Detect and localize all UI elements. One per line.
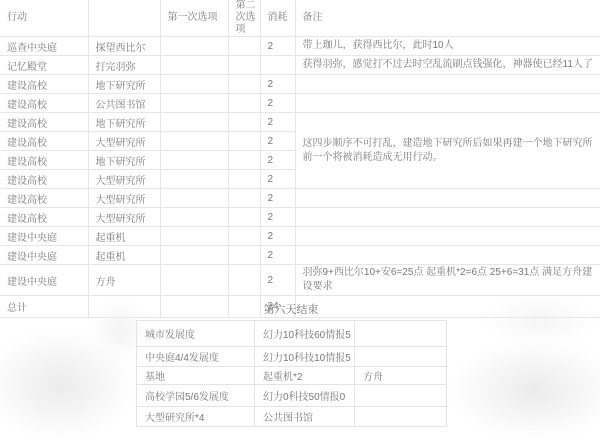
cell-first-choice bbox=[160, 151, 228, 170]
summary-cell: 方舟 bbox=[355, 367, 447, 385]
cell-note bbox=[295, 75, 600, 94]
cell-action: 记忆殿堂 bbox=[0, 56, 88, 75]
summary-row: 城市发展度幻力10科技60情报5 bbox=[137, 321, 447, 347]
cell-sub-action: 打完羽弥 bbox=[88, 56, 160, 75]
cell-action: 建设高校 bbox=[0, 132, 88, 151]
cell-action: 建设高校 bbox=[0, 151, 88, 170]
table-row: 建设高校地下研究所2 bbox=[0, 75, 600, 94]
cell-note bbox=[295, 208, 600, 227]
table-row: 建设高校公共图书馆2 bbox=[0, 94, 600, 113]
table-row: 建设中央庭方舟2羽弥9+西比尔10+安6=25点 起重机*2=6点 25+6=3… bbox=[0, 265, 600, 296]
cell-sub-action: 公共图书馆 bbox=[88, 94, 160, 113]
column-header-cost: 消耗 bbox=[260, 0, 295, 37]
cell-sub-action: 起重机 bbox=[88, 246, 160, 265]
summary-row: 中央庭4/4发展度幻力10科技10情报5 bbox=[137, 347, 447, 367]
action-log-table: 行动 第一次选项 第二次选项 消耗 备注 巡查中央庭探望西比尔2带上珈儿，获得西… bbox=[0, 0, 600, 318]
background-artifact bbox=[0, 330, 135, 439]
background-artifact bbox=[450, 340, 600, 439]
cell-second-choice bbox=[228, 227, 260, 246]
summary-cell bbox=[355, 321, 447, 347]
cell-second-choice bbox=[228, 151, 260, 170]
cell-second-choice bbox=[228, 94, 260, 113]
table-row: 巡查中央庭探望西比尔2带上珈儿，获得西比尔，此时10人 bbox=[0, 37, 600, 56]
cell-action: 建设高校 bbox=[0, 94, 88, 113]
cell-action: 建设高校 bbox=[0, 75, 88, 94]
cell-note: 带上珈儿，获得西比尔，此时10人 bbox=[295, 37, 600, 56]
table-row: 建设高校地下研究所2这四步顺序不可打乱，建造地下研究所后如果再建一个地下研究所前… bbox=[0, 113, 600, 132]
summary-cell: 高校学园5/6发展度 bbox=[137, 385, 255, 407]
cell-action: 建设中央庭 bbox=[0, 246, 88, 265]
summary-cell: 公共图书馆 bbox=[255, 407, 355, 427]
cell-cost: 2 bbox=[260, 246, 295, 265]
cell-first-choice bbox=[160, 94, 228, 113]
cell-sub-action: 方舟 bbox=[88, 265, 160, 296]
cell-sub-action: 起重机 bbox=[88, 227, 160, 246]
table-row: 建设中央庭起重机2 bbox=[0, 227, 600, 246]
cell-sub-action: 地下研究所 bbox=[88, 113, 160, 132]
summary-cell: 大型研究所*4 bbox=[137, 407, 255, 427]
cell-sub-action: 探望西比尔 bbox=[88, 37, 160, 56]
cell-action: 建设高校 bbox=[0, 113, 88, 132]
cell-note: 这四步顺序不可打乱，建造地下研究所后如果再建一个地下研究所前一个将被消耗造成无用… bbox=[295, 113, 600, 189]
summary-cell: 起重机*2 bbox=[255, 367, 355, 385]
cell-cost: 2 bbox=[260, 189, 295, 208]
cell-first-choice bbox=[160, 37, 228, 56]
cell-cost: 2 bbox=[260, 151, 295, 170]
column-header-second-choice: 第二次选项 bbox=[228, 0, 260, 37]
cell-note bbox=[295, 227, 600, 246]
cell-cost: 2 bbox=[260, 132, 295, 151]
cell-second-choice bbox=[228, 75, 260, 94]
cell-second-choice bbox=[228, 113, 260, 132]
day-summary-section: 第六天结束 城市发展度幻力10科技60情报5中央庭4/4发展度幻力10科技10情… bbox=[136, 303, 446, 427]
cell-note: 羽弥9+西比尔10+安6=25点 起重机*2=6点 25+6=31点 满足方舟建… bbox=[295, 265, 600, 296]
cell-action: 建设高校 bbox=[0, 189, 88, 208]
cell-cost: 2 bbox=[260, 94, 295, 113]
cell-first-choice bbox=[160, 75, 228, 94]
day-summary-table: 城市发展度幻力10科技60情报5中央庭4/4发展度幻力10科技10情报5基地起重… bbox=[136, 320, 447, 427]
cell-action: 建设中央庭 bbox=[0, 227, 88, 246]
table-row: 建设高校大型研究所2 bbox=[0, 208, 600, 227]
cell-cost: 2 bbox=[260, 170, 295, 189]
summary-row: 大型研究所*4公共图书馆 bbox=[137, 407, 447, 427]
cell-second-choice bbox=[228, 189, 260, 208]
cell-cost: 2 bbox=[260, 75, 295, 94]
table-row: 建设高校大型研究所2 bbox=[0, 189, 600, 208]
summary-row: 高校学园5/6发展度幻力0科技50情报0 bbox=[137, 385, 447, 407]
cell-action: 建设高校 bbox=[0, 208, 88, 227]
summary-cell: 中央庭4/4发展度 bbox=[137, 347, 255, 367]
cell-first-choice bbox=[160, 265, 228, 296]
cell-action: 巡查中央庭 bbox=[0, 37, 88, 56]
summary-title: 第六天结束 bbox=[136, 303, 446, 318]
summary-cell bbox=[355, 385, 447, 407]
summary-cell: 基地 bbox=[137, 367, 255, 385]
cell-first-choice bbox=[160, 132, 228, 151]
cell-first-choice bbox=[160, 113, 228, 132]
cell-first-choice bbox=[160, 208, 228, 227]
cell-sub-action: 大型研究所 bbox=[88, 208, 160, 227]
summary-cell: 幻力10科技60情报5 bbox=[255, 321, 355, 347]
cell-note bbox=[295, 94, 600, 113]
column-header-note: 备注 bbox=[295, 0, 600, 37]
cell-first-choice bbox=[160, 170, 228, 189]
cell-sub-action: 地下研究所 bbox=[88, 151, 160, 170]
cell-note bbox=[295, 246, 600, 265]
cell-second-choice bbox=[228, 246, 260, 265]
cell-second-choice bbox=[228, 37, 260, 56]
cell-note bbox=[295, 189, 600, 208]
cell-cost: 2 bbox=[260, 265, 295, 296]
column-header-first-choice: 第一次选项 bbox=[160, 0, 228, 37]
cell-first-choice bbox=[160, 246, 228, 265]
summary-cell: 幻力0科技50情报0 bbox=[255, 385, 355, 407]
cell-first-choice bbox=[160, 56, 228, 75]
cell-cost bbox=[260, 56, 295, 75]
cell-sub-action: 大型研究所 bbox=[88, 132, 160, 151]
cell-second-choice bbox=[228, 132, 260, 151]
cell-second-choice bbox=[228, 208, 260, 227]
cell-action: 总计 bbox=[0, 296, 88, 318]
cell-cost: 2 bbox=[260, 37, 295, 56]
cell-sub-action: 大型研究所 bbox=[88, 170, 160, 189]
cell-sub-action: 地下研究所 bbox=[88, 75, 160, 94]
summary-row: 基地起重机*2方舟 bbox=[137, 367, 447, 385]
cell-second-choice bbox=[228, 170, 260, 189]
table-row: 建设中央庭起重机2 bbox=[0, 246, 600, 265]
summary-cell bbox=[355, 347, 447, 367]
table-row: 记忆殿堂打完羽弥获得羽弥，感觉打不过去时空乱流刷点钱强化，神器使已经11人了 bbox=[0, 56, 600, 75]
cell-sub-action: 大型研究所 bbox=[88, 189, 160, 208]
cell-second-choice bbox=[228, 56, 260, 75]
cell-first-choice bbox=[160, 189, 228, 208]
cell-note: 获得羽弥，感觉打不过去时空乱流刷点钱强化，神器使已经11人了 bbox=[295, 56, 600, 75]
cell-action: 建设中央庭 bbox=[0, 265, 88, 296]
summary-cell bbox=[355, 407, 447, 427]
cell-action: 建设高校 bbox=[0, 170, 88, 189]
column-header-sub-action bbox=[88, 0, 160, 37]
cell-cost: 2 bbox=[260, 227, 295, 246]
summary-cell: 幻力10科技10情报5 bbox=[255, 347, 355, 367]
page: { "colors": { "text": "#787878", "grid":… bbox=[0, 0, 600, 439]
summary-cell: 城市发展度 bbox=[137, 321, 255, 347]
column-header-action: 行动 bbox=[0, 0, 88, 37]
cell-second-choice bbox=[228, 265, 260, 296]
cell-cost: 2 bbox=[260, 208, 295, 227]
cell-cost: 2 bbox=[260, 113, 295, 132]
header-row: 行动 第一次选项 第二次选项 消耗 备注 bbox=[0, 0, 600, 37]
cell-first-choice bbox=[160, 227, 228, 246]
